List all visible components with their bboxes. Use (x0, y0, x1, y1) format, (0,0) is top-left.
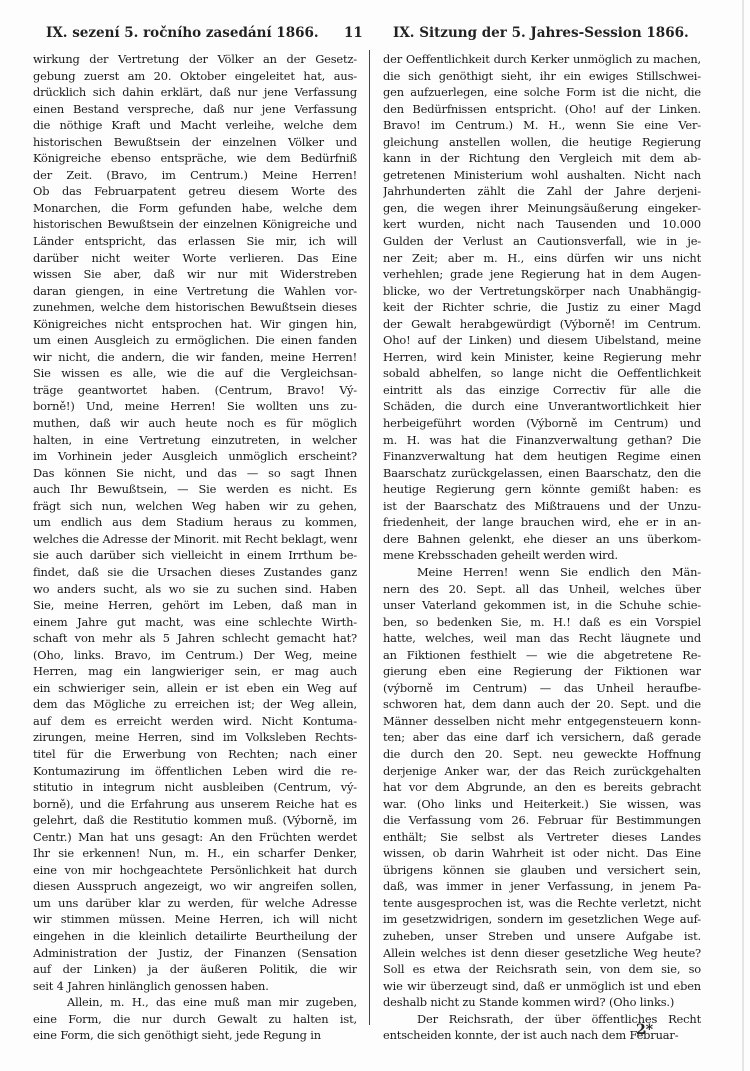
text-line: eine Form, die sich genöthigt sieht, jed… (33, 1027, 357, 1044)
text-line: (Oho, links. Bravo, im Centrum.) Der Weg… (33, 647, 357, 664)
text-line: zirungen, meine Herren, sind im Volksleb… (33, 729, 357, 746)
text-line: hat vor dem Abgrunde, an den es bereits … (383, 779, 701, 796)
text-line: Der Reichsrath, der über öffentliches Re… (383, 1011, 701, 1028)
text-line: m. H. was hat die Finanzverwaltung getha… (383, 432, 701, 449)
signature-mark: 2* (636, 1022, 653, 1038)
text-line: um uns darüber klar zu werden, für welch… (33, 895, 357, 912)
text-line: Schäden, die durch eine Unverantwortlich… (383, 398, 701, 415)
text-line: nern des 20. Sept. all das Unheil, welch… (383, 581, 701, 598)
text-line: ten; aber das eine darf ich versichern, … (383, 729, 701, 746)
text-line: wie wir überzeugt sind, daß er unmöglich… (383, 978, 701, 995)
text-line: mene Krebsschaden geheilt werden wird. (383, 547, 701, 564)
text-line: deshalb nicht zu Stande kommen wird? (Oh… (383, 994, 701, 1011)
text-line: um endlich aus dem Stadium heraus zu kom… (33, 514, 357, 531)
text-line: Sie wissen es alle, wie die auf die Verg… (33, 365, 357, 382)
text-line: zunehmen, welche dem historischen Bewußt… (33, 299, 357, 316)
text-line: wo anders sucht, als wo sie zu suchen si… (33, 581, 357, 598)
text-line: Königreiche ebenso entspräche, wie dem B… (33, 150, 357, 167)
text-line: historischen Bewußtsein der einzelnen Vö… (33, 134, 357, 151)
text-line: hatte, welches, weil man das Recht läugn… (383, 630, 701, 647)
text-line: die nöthige Kraft und Macht verleihe, we… (33, 117, 357, 134)
header-german-title: IX. Sitzung der 5. Jahres-Session 1866. (393, 25, 689, 41)
text-line: unser Vaterland gekommen ist, in die Sch… (383, 597, 701, 614)
page-number: 11 (344, 25, 363, 41)
text-line: gen aufzuerlegen, eine solche Form ist d… (383, 84, 701, 101)
right-text-column: der Oeffentlichkeit durch Kerker unmögli… (383, 51, 701, 1044)
text-line: wissen Sie aber, daß wir nur mit Widerst… (33, 266, 357, 283)
text-line: die Verfassung vom 26. Februar für Besti… (383, 812, 701, 829)
text-line: schworen hat, dem dann auch der 20. Sept… (383, 696, 701, 713)
text-line: Allein, m. H., das eine muß man mir zuge… (33, 994, 357, 1011)
text-line: eine von mir hochgeachtete Persönlichkei… (33, 862, 357, 879)
text-line: Ob das Februarpatent getreu diesem Worte… (33, 183, 357, 200)
text-line: der Gewalt herabgewürdigt (Výborně! im C… (383, 316, 701, 333)
text-line: Oho! auf der Linken) und diesem Uibelsta… (383, 332, 701, 349)
text-line: wissen, ob darin Wahrheit ist oder nicht… (383, 845, 701, 862)
text-line: die durch den 20. Sept. neu geweckte Hof… (383, 746, 701, 763)
text-line: gebung zuerst am 20. Oktober eingeleitet… (33, 68, 357, 85)
header-czech-title: IX. sezení 5. ročního zasedání 1866. (46, 25, 319, 41)
text-line: eine Form, die nur durch Gewalt zu halte… (33, 1011, 357, 1028)
text-line: entscheiden konnte, der ist auch nach de… (383, 1027, 701, 1044)
text-line: Länder entspricht, das erlassen Sie mir,… (33, 233, 357, 250)
text-line: im gesetzwidrigen, sondern im gesetzlich… (383, 911, 701, 928)
text-line: Centr.) Man hat uns gesagt: An den Früch… (33, 829, 357, 846)
text-line: auch Ihr Bewußtsein, — Sie werden es nic… (33, 481, 357, 498)
text-line: dem das Mögliche zu erreichen ist; der W… (33, 696, 357, 713)
text-line: Soll es etwa der Reichsrath sein, von de… (383, 961, 701, 978)
text-line: gelehrt, daß die Restitutio kommen muß. … (33, 812, 357, 829)
text-line: ner Zeit; aber m. H., eins dürfen wir un… (383, 250, 701, 267)
column-divider (369, 50, 370, 1025)
left-text-column: wirkung der Vertretung der Völker an der… (33, 51, 357, 1044)
text-line: sie auch darüber sich vielleicht in eine… (33, 547, 357, 564)
text-line: historischen Bewußtsein der einzelnen Kö… (33, 216, 357, 233)
text-line: dere Bahnen gelenkt, ehe dieser an uns ü… (383, 531, 701, 548)
text-line: derjenige Anker war, der das Reich zurüc… (383, 763, 701, 780)
text-line: Herren, mag ein langwieriger sein, er ma… (33, 663, 357, 680)
text-line: Baarschatz zurückgelassen, einen Baarsch… (383, 465, 701, 482)
text-line: Königreiches nicht entsprochen hat. Wir … (33, 316, 357, 333)
text-line: enthält; Sie selbst als Vertreter dieses… (383, 829, 701, 846)
text-line: im Vorhinein jeder Ausgleich unmöglich e… (33, 448, 357, 465)
text-line: Gulden der Verlust an Cautionsverfall, w… (383, 233, 701, 250)
text-line: gleichung anstellen wollen, die heutige … (383, 134, 701, 151)
text-line: heutige Regierung gern könnte gemißt hab… (383, 481, 701, 498)
page-edge (742, 0, 744, 1071)
text-line: stitutio in integrum nicht ausbleiben (C… (33, 779, 357, 796)
text-line: wirkung der Vertretung der Völker an der… (33, 51, 357, 68)
text-line: tente ausgesprochen ist, was die Rechte … (383, 895, 701, 912)
text-line: Jahrhunderten zählt die Zahl der Jahre d… (383, 183, 701, 200)
text-line: daß, was immer in jener Verfassung, in j… (383, 878, 701, 895)
text-line: frägt sich nun, welchen Weg haben wir zu… (33, 498, 357, 515)
text-line: daran giengen, in eine Vertretung die Wa… (33, 283, 357, 300)
text-line: diesen Ausspruch angezeigt, wo wir angre… (33, 878, 357, 895)
text-line: findet, daß sie die Ursachen dieses Zust… (33, 564, 357, 581)
text-line: schaft von mehr als 5 Jahren schlecht ge… (33, 630, 357, 647)
text-line: der Zeit. (Bravo, im Centrum.) Meine Her… (33, 167, 357, 184)
text-line: Ihr sie erkennen! Nun, m. H., ein scharf… (33, 845, 357, 862)
text-line: der Oeffentlichkeit durch Kerker unmögli… (383, 51, 701, 68)
text-line: war. (Oho links und Heiterkeit.) Sie wis… (383, 796, 701, 813)
text-line: zuheben, unser Streben und unsere Aufgab… (383, 928, 701, 945)
text-line: (výborně im Centrum) — das Unheil herauf… (383, 680, 701, 697)
text-line: borně!) Und, meine Herren! Sie wollten u… (33, 398, 357, 415)
text-line: Monarchen, die Form gefunden habe, welch… (33, 200, 357, 217)
text-line: übrigens können sie glauben und versiche… (383, 862, 701, 879)
text-line: verhehlen; grade jene Regierung hat in d… (383, 266, 701, 283)
text-line: kert wurden, nicht nach Tausenden und 10… (383, 216, 701, 233)
text-line: wir stimmen müssen. Meine Herren, ich wi… (33, 911, 357, 928)
text-line: friedenheit, der lange brauchen wird, eh… (383, 514, 701, 531)
text-line: ist der Baarschatz des Mißtrauens und de… (383, 498, 701, 515)
text-line: um einen Ausgleich zu ermöglichen. Die e… (33, 332, 357, 349)
page-header: IX. sezení 5. ročního zasedání 1866. 11 … (0, 25, 750, 47)
text-line: träge geantwortet haben. (Centrum, Bravo… (33, 382, 357, 399)
text-line: sobald abhelfen, so lange nicht die Oeff… (383, 365, 701, 382)
text-line: seit 4 Jahren hinlänglich genossen haben… (33, 978, 357, 995)
text-line: Männer desselben nicht mehr entgegensteu… (383, 713, 701, 730)
text-line: kann in der Richtung den Vergleich mit d… (383, 150, 701, 167)
text-line: darüber nicht weiter Worte verlieren. Da… (33, 250, 357, 267)
text-line: auf dem es erreicht werden wird. Nicht K… (33, 713, 357, 730)
text-line: welches die Adresse der Minorit. mit Rec… (33, 531, 357, 548)
text-line: drücklich sich dahin erklärt, daß nur je… (33, 84, 357, 101)
text-line: Administration der Justiz, der Finanzen … (33, 945, 357, 962)
document-page: IX. sezení 5. ročního zasedání 1866. 11 … (0, 0, 750, 1071)
text-line: Bravo! im Centrum.) M. H., wenn Sie eine… (383, 117, 701, 134)
text-line: halten, in eine Vertretung einzutreten, … (33, 432, 357, 449)
text-line: auf der Linken) ja der äußeren Politik, … (33, 961, 357, 978)
text-line: wir nicht, die andern, die wir fanden, m… (33, 349, 357, 366)
text-line: Meine Herren! wenn Sie endlich den Män- (383, 564, 701, 581)
text-line: blicke, wo der Vertretungskörper nach Un… (383, 283, 701, 300)
text-line: den Bedürfnissen entspricht. (Oho! auf d… (383, 101, 701, 118)
text-line: ein schwieriger sein, allein er ist eben… (33, 680, 357, 697)
text-line: die sich genöthigt sieht, ihr ein ewiges… (383, 68, 701, 85)
text-line: Das können Sie nicht, und das — so sagt … (33, 465, 357, 482)
text-line: getretenen Ministerium wohl aushalten. N… (383, 167, 701, 184)
text-line: gen, die wegen ihrer Meinungsäußerung ei… (383, 200, 701, 217)
text-line: eintritt als das einzige Correctiv für a… (383, 382, 701, 399)
text-line: einem Jahre gut macht, was eine schlecht… (33, 614, 357, 631)
text-line: Allein welches ist denn dieser gesetzlic… (383, 945, 701, 962)
text-line: borně), und die Erfahrung aus unserem Re… (33, 796, 357, 813)
text-line: titel für die Erwerbung von Rechten; nac… (33, 746, 357, 763)
text-line: gierung eben eine Regierung der Fiktione… (383, 663, 701, 680)
text-line: Sie, meine Herren, gehört im Leben, daß … (33, 597, 357, 614)
text-line: Kontumazirung im öffentlichen Leben wird… (33, 763, 357, 780)
text-line: eingehen in die kleinlich detailirte Beu… (33, 928, 357, 945)
text-line: muthen, daß wir auch heute noch es für m… (33, 415, 357, 432)
text-line: ben, so bedenken Sie, m. H.! daß es ein … (383, 614, 701, 631)
text-line: Finanzverwaltung hat dem heutigen Regime… (383, 448, 701, 465)
text-line: Herren, wird kein Minister, keine Regier… (383, 349, 701, 366)
text-line: an Fiktionen festhielt — wie die abgetre… (383, 647, 701, 664)
text-line: keit der Richter schrie, die Justiz zu e… (383, 299, 701, 316)
text-line: einen Bestand verspreche, daß nur jene V… (33, 101, 357, 118)
text-line: herbeigeführt worden (Výborně im Centrum… (383, 415, 701, 432)
